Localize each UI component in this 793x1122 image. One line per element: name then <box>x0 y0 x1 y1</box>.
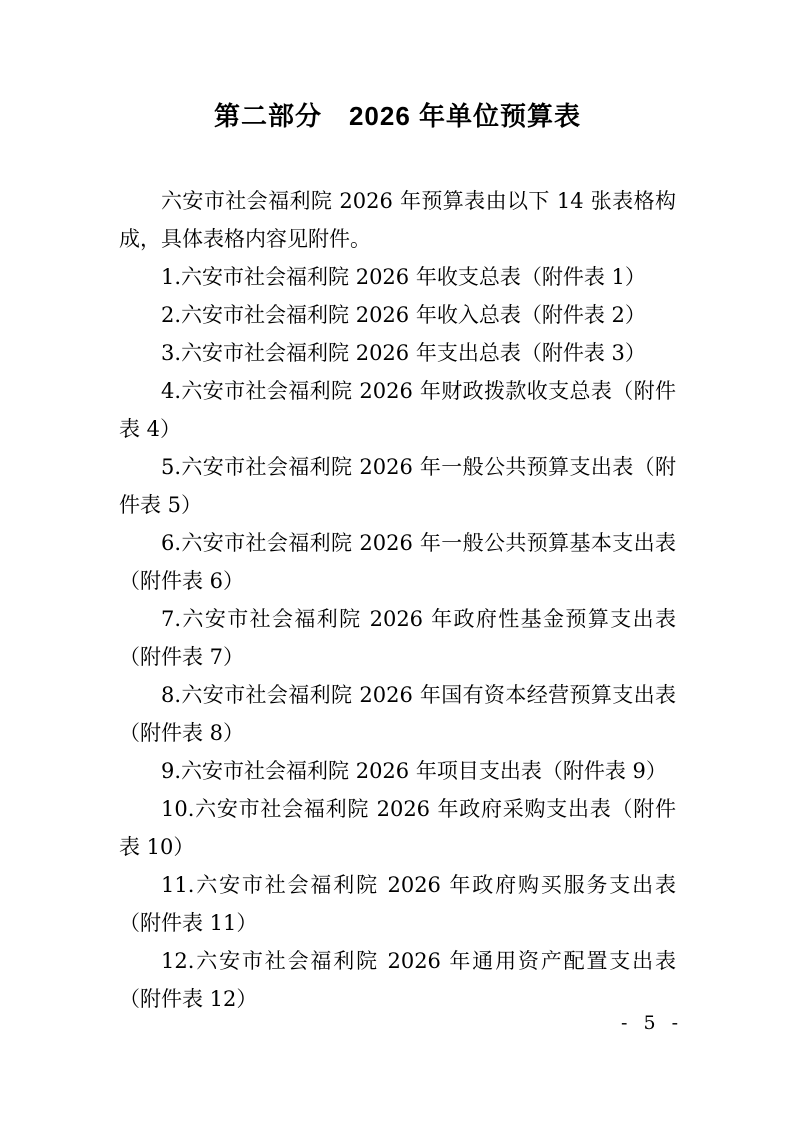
intro-paragraph: 六安市社会福利院 2026 年预算表由以下 14 张表格构成，具体表格内容见附件… <box>119 182 676 258</box>
list-item-1: 1.六安市社会福利院 2026 年收支总表（附件表 1） <box>119 258 676 296</box>
document-page: 第二部分 2026 年单位预算表 六安市社会福利院 2026 年预算表由以下 1… <box>0 0 793 1122</box>
list-item-7: 7.六安市社会福利院 2026 年政府性基金预算支出表（附件表 7） <box>119 600 676 676</box>
list-item-2: 2.六安市社会福利院 2026 年收入总表（附件表 2） <box>119 296 676 334</box>
list-item-6: 6.六安市社会福利院 2026 年一般公共预算基本支出表（附件表 6） <box>119 524 676 600</box>
list-item-8: 8.六安市社会福利院 2026 年国有资本经营预算支出表（附件表 8） <box>119 676 676 752</box>
document-content: 第二部分 2026 年单位预算表 六安市社会福利院 2026 年预算表由以下 1… <box>119 96 676 1018</box>
list-item-10: 10.六安市社会福利院 2026 年政府采购支出表（附件表 10） <box>119 790 676 866</box>
list-item-4: 4.六安市社会福利院 2026 年财政拨款收支总表（附件表 4） <box>119 372 676 448</box>
list-item-12: 12.六安市社会福利院 2026 年通用资产配置支出表（附件表 12） <box>119 942 676 1018</box>
list-item-9: 9.六安市社会福利院 2026 年项目支出表（附件表 9） <box>119 752 676 790</box>
section-title: 第二部分 2026 年单位预算表 <box>119 96 676 136</box>
list-item-3: 3.六安市社会福利院 2026 年支出总表（附件表 3） <box>119 334 676 372</box>
page-number: - 5 - <box>621 1012 683 1034</box>
list-item-11: 11.六安市社会福利院 2026 年政府购买服务支出表（附件表 11） <box>119 866 676 942</box>
list-item-5: 5.六安市社会福利院 2026 年一般公共预算支出表（附件表 5） <box>119 448 676 524</box>
